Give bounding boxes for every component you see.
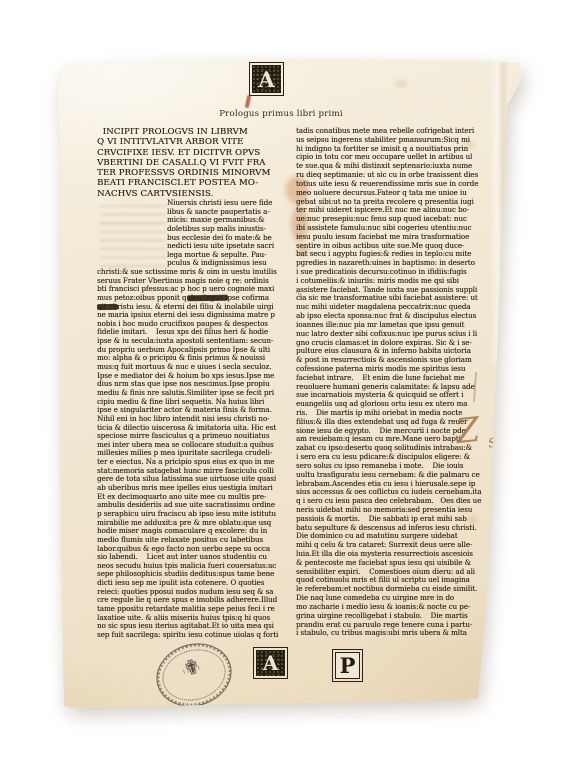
text-line: grina uirgine recolligebat i stabulo. Di… bbox=[296, 612, 504, 621]
initial-letter: P bbox=[340, 655, 356, 676]
text-line: cofessione paterna miris modis me spirit… bbox=[296, 365, 504, 374]
book-page: A Prologus primus libri primi INCIPIT PR… bbox=[0, 0, 574, 770]
text-line: mirabilie me adduxit:a pre & mre oblatu:… bbox=[97, 519, 293, 528]
text-line: us seipsu ingerens stabiliter pmansurum:… bbox=[296, 136, 504, 145]
text-line: CRVCIFIXE IESV. ET DICITVR OPVS bbox=[97, 148, 293, 158]
ink-strikethrough bbox=[97, 304, 118, 310]
text-line: TER PROFESSVS ORDINIS MINORVM bbox=[97, 168, 293, 178]
text-line: Die dominico cu ad matutinu surgere uide… bbox=[296, 532, 504, 541]
text-line: mediu & finis nre salutis.Similiter ipse… bbox=[97, 389, 293, 398]
text-line: luia.Et illa die oia mysteria resurrecti… bbox=[296, 550, 504, 559]
left-column-indented-block: Niuersis christi iesu uere fidelibus & s… bbox=[167, 199, 293, 268]
text-line: ibi assistete famulu:nuc sibi cogerieu u… bbox=[296, 224, 504, 233]
text-line: tame ppositu retardate malitia sepe peiu… bbox=[97, 605, 293, 614]
text-line: gere de tota silua latissima sue uirtuos… bbox=[97, 475, 293, 484]
text-line: ter e eiectus. Na a pricipio spus eius e… bbox=[97, 458, 293, 467]
text-line: VBERTINI DE CASALI.Q VI FVIT FRA bbox=[97, 158, 293, 168]
annotation-letter: Z bbox=[454, 413, 481, 449]
text-line: iesu puulu iesum faciebat me mira trasfo… bbox=[296, 233, 504, 242]
text-line: doletibus sup malis iniustis- bbox=[167, 225, 293, 234]
woodcut-field: P bbox=[335, 652, 361, 680]
text-line: prandiu erat cu paruulo rege tenere cuna… bbox=[296, 621, 504, 630]
text-line: sio labendi. Licet aut inter uanos stude… bbox=[97, 553, 293, 562]
marginal-gloss-mark: ∿ bbox=[294, 289, 302, 300]
text-line: INCIPIT PROLOGVS IN LIBRVM bbox=[97, 127, 293, 137]
text-line: nobis i hoc mudo crucifixos paupes & des… bbox=[97, 320, 293, 329]
red-ink-mark bbox=[245, 95, 252, 109]
annotation-letter-small: s bbox=[486, 431, 498, 452]
text-line: Ipse e mediator dei & hoium bo xps iesus… bbox=[97, 372, 293, 381]
text-line: ipse e singulariter actor & materia fini… bbox=[97, 406, 293, 415]
text-line: mo zacharie i medio iesu & ioanis:& noct… bbox=[296, 603, 504, 612]
text-line: fidelie imitari. Iesus xps dei filius he… bbox=[97, 328, 293, 337]
text-line: neos secudu huius tpis malicia fueri cou… bbox=[97, 562, 293, 571]
text-line: micis: maxie germanibus:& bbox=[167, 216, 293, 225]
text-line: speciose mirre fasciculus q a primeuo no… bbox=[97, 432, 293, 441]
text-line: bti francisci pfessus:ac p hoc p uero co… bbox=[97, 285, 293, 294]
signature-mark: a ii bbox=[468, 636, 510, 645]
text-line: reieci: quoties pposui nudos nudum iesu … bbox=[97, 588, 293, 597]
text-line: bus ecclesie dei fo mate:& be bbox=[167, 234, 293, 243]
text-line: stat:memoria satagebat hunc mirre fascic… bbox=[97, 467, 293, 476]
text-line: passiois & mortis. Die sabbati ip erat m… bbox=[296, 515, 504, 524]
text-line: pculus & indignissimus iesu bbox=[167, 259, 293, 268]
text-line: NACHVS CARTVSIENSIS. bbox=[97, 189, 293, 199]
text-line: ne maria ipsius eterni dei iesu dignissi… bbox=[97, 311, 293, 320]
text-line: seruus Frater Vbertinus magis noie q re:… bbox=[97, 277, 293, 286]
text-line: nedicti iesu uite ipsetate sacri bbox=[167, 242, 293, 251]
woodcut-field: A bbox=[256, 650, 286, 677]
text-line: te sue.qua & mihi distinxit septenario:i… bbox=[296, 162, 504, 171]
text-line: gno crucis clamas:et in dolore expiras. … bbox=[296, 339, 504, 348]
text-line: ticia & dilectio uiscerosa & imitatoria … bbox=[97, 424, 293, 433]
text-line: lebrabam.Ascendes etia cu iesu i hierusa… bbox=[296, 480, 504, 489]
text-line: sentire in oibus actibus uite sue.Me quo… bbox=[296, 242, 504, 251]
text-line: q i sero cu iesu pasca deo celebrabam. O… bbox=[296, 497, 504, 506]
text-line: batu sepulture & descensus ad inferos ie… bbox=[296, 524, 504, 533]
running-head: Prologus primus libri primi bbox=[178, 109, 384, 119]
text-line: lega mortue & sepulte. Pau- bbox=[167, 251, 293, 260]
text-line: millesies milies p mea ipuritate sacrile… bbox=[97, 449, 293, 458]
text-line: cia sic me transformatiue sibi faciebat … bbox=[296, 294, 504, 303]
text-line: mei inter ubera mea se collocare studuit… bbox=[97, 441, 293, 450]
marginal-annotation: Z s bbox=[452, 406, 514, 466]
foxing-spot bbox=[396, 80, 407, 87]
text-line: gebat sibi:ut no ta preita recolere q pr… bbox=[296, 198, 504, 207]
text-line: sensibiliter expiri. Comestioes oium die… bbox=[296, 568, 504, 577]
text-line: uultu trasfiguratu iesu cernebam: & die … bbox=[296, 471, 504, 480]
text-line: cipio in totu cor meu occupare uellet in… bbox=[296, 153, 504, 162]
incipit-heading: INCIPIT PROLOGVS IN LIBRVMQ VI INTITVLAT… bbox=[97, 127, 293, 199]
text-line: ipse & iu secula:iuxta apostoli sententi… bbox=[97, 337, 293, 346]
text-line: Die naq lune comedeba cu uirgine mre in … bbox=[296, 594, 504, 603]
initial-letter: A bbox=[263, 653, 279, 673]
text-line: tadis conatibus mete mea rebelle cofrige… bbox=[296, 127, 504, 136]
text-line: Nihil eni in hoc libro intendit nisi ies… bbox=[97, 415, 293, 424]
woodcut-initial-a-bottom: A bbox=[253, 647, 288, 679]
text-line: ioannes ille:nuc pia mr lametas que ipsu… bbox=[296, 321, 504, 330]
text-line: sius accessus & oes coflictus cu iudeis … bbox=[296, 488, 504, 497]
text-line: no sic spus iesu iterius agitabat.Et io … bbox=[97, 622, 293, 631]
library-stamp: ✟ INRI bbox=[149, 635, 239, 716]
page-shadow-wrap: A Prologus primus libri primi INCIPIT PR… bbox=[0, 0, 574, 770]
text-line: BEATI FRANCISCI.ET POSTEA MO- bbox=[97, 178, 293, 188]
text-line: Q VI INTITVLATVR ARBOR VITE bbox=[97, 137, 293, 147]
text-line: neris uidebat mihi no memoria:sed presen… bbox=[296, 506, 504, 515]
text-line: cre regule lie q uere spus e imobilis ad… bbox=[97, 596, 293, 605]
text-line: assistere faciebat. Tande iuxta sue pass… bbox=[296, 286, 504, 295]
text-line: labor.quibus & ego facto non uerbo sepe … bbox=[97, 545, 293, 554]
text-line: mus:q fuit mortuus & nuc e uiues i secla… bbox=[97, 363, 293, 372]
text-line: hi indigno ta fortiter se imisit q a nou… bbox=[296, 145, 504, 154]
text-line: nuc latro dexter sibi cofixus:nuc ipe pu… bbox=[296, 330, 504, 339]
text-line: laxatioe uite. & aliis miseriis huius tp… bbox=[97, 614, 293, 623]
text-line: sepe philosophicis studiis deditus:spus … bbox=[97, 570, 293, 579]
text-line: ue:nuc presepiu:nuc fenu sup quod iaceba… bbox=[296, 215, 504, 224]
text-line: dicti iesu sep me ipulit ista cotenere. … bbox=[97, 579, 293, 588]
text-line: quod cotinuolu mris et filii ul scriptu … bbox=[296, 576, 504, 585]
verso-show-through bbox=[100, 205, 166, 267]
text-line: christi:& sue sctissime mris & oim in ue… bbox=[97, 268, 293, 277]
text-line: ab ipso electa sponsa:nuc frat & discipu… bbox=[296, 312, 504, 321]
text-line: bat secu i agyptu fugies:& redies in tep… bbox=[296, 250, 504, 259]
text-line: dius nrm stas que ipse nos nescimus.Ipse… bbox=[97, 380, 293, 389]
text-line: Et ex decimoquarto ano uite mee cu multi… bbox=[97, 493, 293, 502]
text-line: ab uberibus mris mee ipelles eius uestig… bbox=[97, 484, 293, 493]
text-line: mo: alpha & o pricipiu & finis primus & … bbox=[97, 354, 293, 363]
text-line: ru dieq septimanie: ut sic cu in orbe tr… bbox=[296, 171, 504, 180]
text-line: uit christu iesu. & eterni dei filiu & i… bbox=[97, 303, 293, 312]
text-line: ambulis desideriis ad sue uite sacratiss… bbox=[97, 501, 293, 510]
woodcut-initial-a-top: A bbox=[249, 62, 284, 96]
initial-letter: A bbox=[258, 69, 274, 90]
text-line: & post in resurrectiois & ascensionis su… bbox=[296, 356, 504, 365]
text-line: pgredies in nazareth:uines in baptismo: … bbox=[296, 259, 504, 268]
left-text-column: christi:& sue sctissime mris & oim in ue… bbox=[97, 268, 293, 640]
text-line: du propriu uerbum Apocalipsis primo Ipse… bbox=[97, 346, 293, 355]
woodcut-initial-p-bottom: P bbox=[332, 649, 363, 682]
text-line: mihi q celu & tra cataret: Surrexit deus… bbox=[296, 541, 504, 550]
text-line: nuc mihi uideter magdalena peccatrix:nuc… bbox=[296, 303, 504, 312]
text-line: i sue predicatiois decursu:cotinuo in if… bbox=[296, 268, 504, 277]
text-line: cipiu mediu & fine libri sequetis. Na hu… bbox=[97, 398, 293, 407]
text-line: faciebat intrare. Et enim die lune facie… bbox=[296, 374, 504, 383]
right-text-column: tadis conatibus mete mea rebelle cofrige… bbox=[296, 127, 504, 638]
ink-strikethrough bbox=[187, 295, 228, 302]
photograph-of-incunable-leaf: A Prologus primus libri primi INCIPIT PR… bbox=[0, 0, 574, 770]
text-line: le referebam:et noctibus dormieba cu eis… bbox=[296, 585, 504, 594]
woodcut-field: A bbox=[252, 65, 282, 94]
text-line: medio flumis uite relaxate positus cu la… bbox=[97, 536, 293, 545]
text-line: sep fuit sacrilega: spiritu iesu cotinue… bbox=[97, 631, 293, 640]
text-line: totius uite iesu & reuerendissime mris s… bbox=[296, 180, 504, 189]
text-line: & pentecoste me faciebat spus iesu qsi u… bbox=[296, 559, 504, 568]
text-line: i cotumeliis:& iniuriis: miris modis me … bbox=[296, 277, 504, 286]
text-line: meo uoluere decursus.Fateor q tata me un… bbox=[296, 189, 504, 198]
text-line: p seraphicu uiru fraciscu ab ipso iesu m… bbox=[97, 510, 293, 519]
text-line: pulture eius clausura & in inferno habit… bbox=[296, 347, 504, 356]
text-line: Niuersis christi iesu uere fide bbox=[167, 199, 293, 208]
text-line: ter mihi uideret ispicere.Et nuc me alin… bbox=[296, 206, 504, 215]
text-line: hodie miser magis comaculare q excolere:… bbox=[97, 527, 293, 536]
text-line: libus & sancte paupertatis a- bbox=[167, 208, 293, 217]
